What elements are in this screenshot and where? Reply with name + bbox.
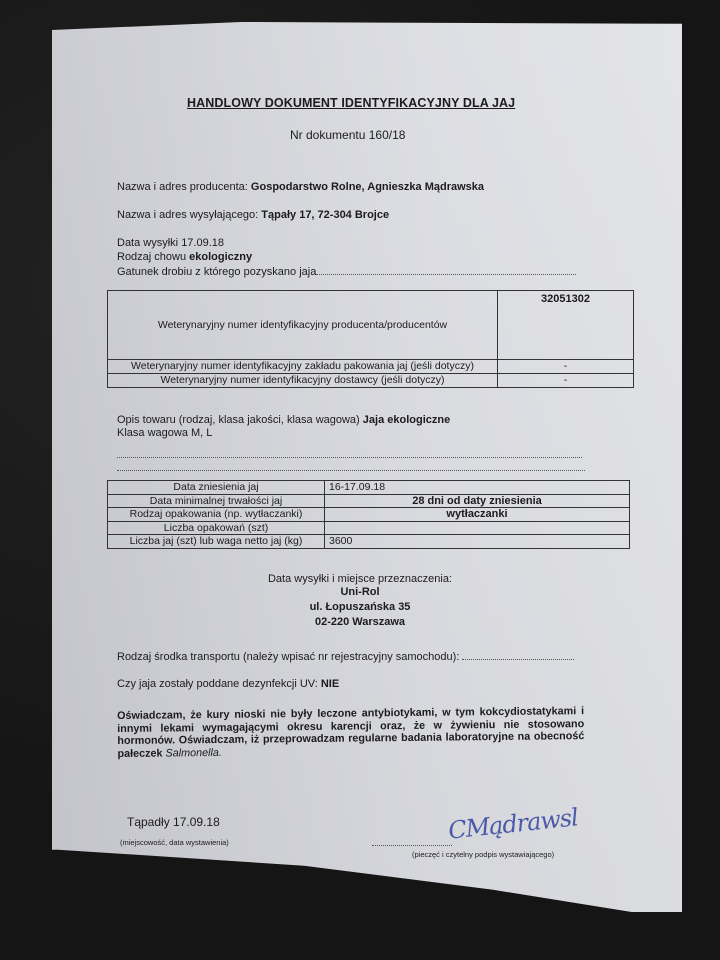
poultry-line: Gatunek drobiu z którego pozyskano jaja — [117, 265, 576, 278]
ship-date-label: Data wysyłki — [117, 237, 178, 249]
table-row: Liczba jaj (szt) lub waga netto jaj (kg)… — [108, 535, 630, 549]
goods-dotted-field-2 — [117, 458, 585, 476]
best-before-label: Data minimalnej trwałości jaj — [108, 494, 325, 508]
table-row: Data minimalnej trwałości jaj 28 dni od … — [108, 494, 630, 508]
package-count-value — [325, 521, 630, 535]
poultry-dotted-field — [316, 265, 576, 275]
table-row: Data zniesienia jaj 16-17.09.18 — [108, 481, 630, 495]
destination-name: Uni-Rol — [230, 585, 490, 600]
poultry-label: Gatunek drobiu z którego pozyskano jaja — [117, 266, 316, 278]
sender-line: Nazwa i adres wysyłającego: Tąpały 17, 7… — [117, 209, 389, 221]
producer-value: Gospodarstwo Rolne, Agnieszka Mądrawska — [251, 181, 484, 193]
sender-label: Nazwa i adres wysyłającego: — [117, 209, 258, 221]
document-number-label: Nr dokumentu — [290, 128, 365, 142]
document-number-value: 160/18 — [369, 128, 406, 142]
goods-label: Opis towaru (rodzaj, klasa jakości, klas… — [117, 414, 360, 426]
vet-packing-value: - — [498, 360, 634, 374]
destination-city: 02-220 Warszawa — [230, 615, 490, 630]
farming-line: Rodzaj chowu ekologiczny — [117, 251, 252, 263]
package-count-label: Liczba opakowań (szt) — [108, 521, 325, 535]
destination-block: Data wysyłki i miejsce przeznaczenia: Un… — [230, 573, 490, 630]
declaration-italic: Salmonella. — [165, 746, 222, 759]
vet-supplier-value: - — [498, 374, 634, 388]
uv-label: Czy jaja zostały poddane dezynfekcji UV: — [117, 678, 318, 690]
best-before-value: 28 dni od daty zniesienia — [325, 494, 630, 508]
vet-producer-value: 32051302 — [498, 291, 634, 360]
vet-packing-label: Weterynaryjny numer identyfikacyjny zakł… — [108, 360, 498, 374]
signature-dotted-line — [372, 833, 452, 851]
transport-dotted-field — [462, 650, 574, 660]
goods-value: Jaja ekologiczne — [363, 414, 450, 426]
destination-label: Data wysyłki i miejsce przeznaczenia: — [230, 573, 490, 585]
ship-date-value: 17.09.18 — [181, 237, 224, 249]
document-number: Nr dokumentu 160/18 — [290, 128, 405, 142]
declaration-paragraph: Oświadczam, że kury nioski nie były lecz… — [117, 705, 584, 760]
place-date: Tąpadły 17.09.18 — [127, 815, 220, 829]
vet-producer-label: Weterynaryjny numer identyfikacyjny prod… — [108, 291, 498, 360]
uv-value: NIE — [321, 678, 339, 690]
farming-label: Rodzaj chowu — [117, 251, 186, 263]
producer-line: Nazwa i adres producenta: Gospodarstwo R… — [117, 181, 484, 193]
laying-date-value: 16-17.09.18 — [325, 481, 630, 495]
sender-value: Tąpały 17, 72-304 Brojce — [261, 209, 389, 221]
vet-supplier-label: Weterynaryjny numer identyfikacyjny dost… — [108, 374, 498, 388]
table-row: Rodzaj opakowania (np. wytłaczanki) wytł… — [108, 508, 630, 522]
transport-line: Rodzaj środka transportu (należy wpisać … — [117, 650, 574, 663]
table-row: Liczba opakowań (szt) — [108, 521, 630, 535]
uv-line: Czy jaja zostały poddane dezynfekcji UV:… — [117, 678, 339, 690]
table-row: Weterynaryjny numer identyfikacyjny zakł… — [108, 360, 634, 374]
place-date-caption: (miejscowość, data wystawienia) — [120, 838, 229, 847]
table-row: Weterynaryjny numer identyfikacyjny dost… — [108, 374, 634, 388]
ship-date-line: Data wysyłki 17.09.18 — [117, 237, 224, 249]
transport-label: Rodzaj środka transportu (należy wpisać … — [117, 651, 459, 663]
vet-id-table: Weterynaryjny numer identyfikacyjny prod… — [107, 290, 634, 388]
table-row: Weterynaryjny numer identyfikacyjny prod… — [108, 291, 634, 360]
egg-count-value: 3600 — [325, 535, 630, 549]
destination-street: ul. Łopuszańska 35 — [230, 600, 490, 615]
laying-date-label: Data zniesienia jaj — [108, 481, 325, 495]
farming-value: ekologiczny — [189, 251, 252, 263]
signature-caption: (pieczęć i czytelny podpis wystawiająceg… — [412, 850, 554, 859]
packaging-type-value: wytłaczanki — [325, 508, 630, 522]
weight-class: Klasa wagowa M, L — [117, 427, 212, 439]
eggs-details-table: Data zniesienia jaj 16-17.09.18 Data min… — [107, 480, 630, 549]
egg-count-label: Liczba jaj (szt) lub waga netto jaj (kg) — [108, 535, 325, 549]
producer-label: Nazwa i adres producenta: — [117, 181, 248, 193]
packaging-type-label: Rodzaj opakowania (np. wytłaczanki) — [108, 508, 325, 522]
goods-line: Opis towaru (rodzaj, klasa jakości, klas… — [117, 414, 450, 426]
document-title: HANDLOWY DOKUMENT IDENTYFIKACYJNY DLA JA… — [187, 96, 515, 110]
